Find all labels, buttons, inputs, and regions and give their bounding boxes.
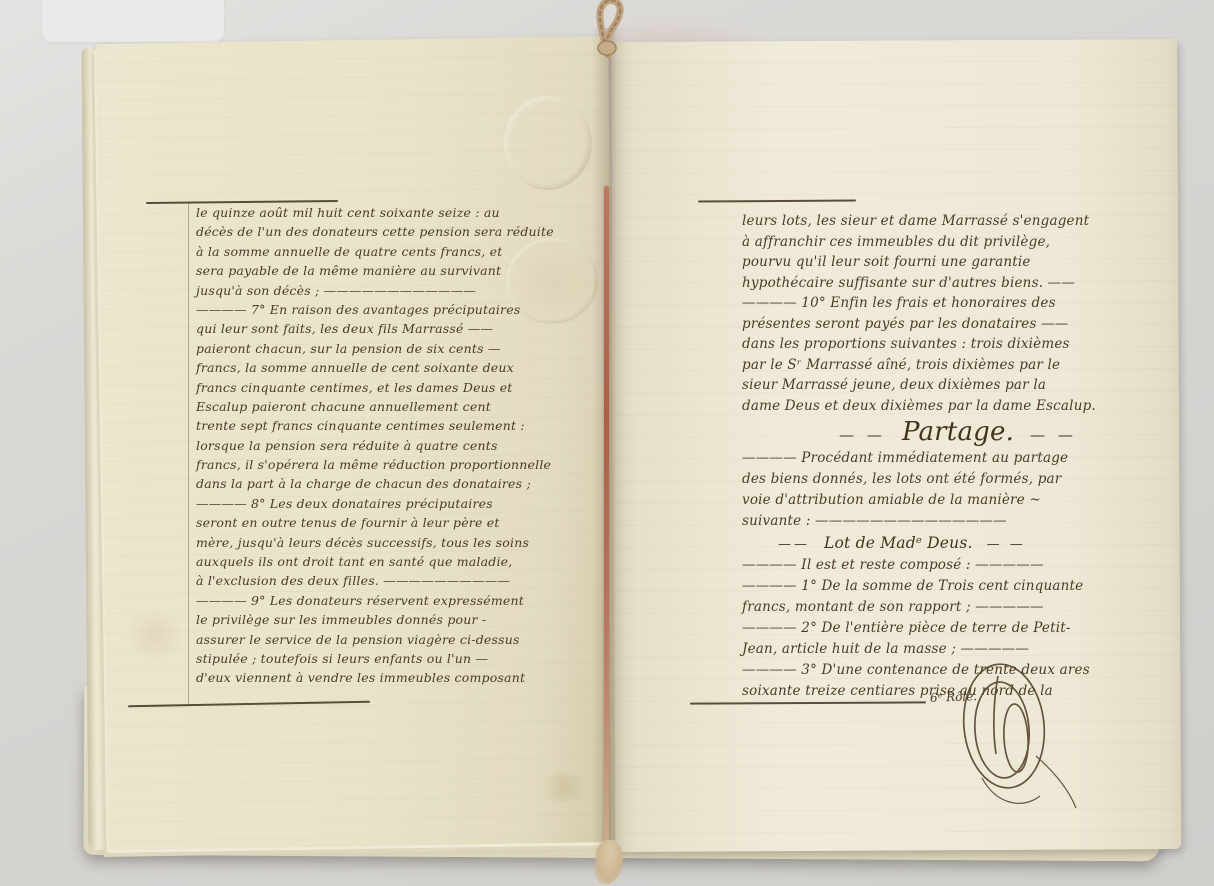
manuscript-line: sieur Marrassé jeune, deux dixièmes par … — [742, 375, 1174, 396]
manuscript-line: ———— Il est et reste composé : ————— — [742, 555, 1174, 576]
manuscript-line: francs cinquante centimes, et les dames … — [196, 378, 610, 397]
subheading-lot-deus: Lot de Madᵉ Deus. — [824, 534, 973, 552]
heading-dash: — — — [839, 426, 886, 444]
subheading-row: ——Lot de Madᵉ Deus.— — — [742, 532, 1174, 555]
embossed-seal-icon — [504, 96, 592, 190]
manuscript-line: seront en outre tenus de fournir à leur … — [196, 513, 610, 532]
manuscript-line: Jean, article huit de la masse ; ————— — [742, 639, 1174, 660]
manuscript-line: Escalup paieront chacune annuellement ce… — [196, 397, 610, 416]
paraph-flourish-icon — [952, 658, 1082, 828]
manuscript-line: paieront chacun, sur la pension de six c… — [196, 339, 610, 358]
manuscript-line: à l'exclusion des deux filles. —————————… — [196, 571, 610, 590]
manuscript-line: trente sept francs cinquante centimes se… — [196, 416, 610, 435]
heading-dash: —— — [778, 537, 810, 552]
background-sticker — [42, 0, 224, 42]
manuscript-line: qui leur sont faits, les deux fils Marra… — [196, 319, 610, 338]
manuscript-line: voie d'attribution amiable de la manière… — [742, 490, 1174, 511]
manuscript-line: francs, montant de son rapport ; ————— — [742, 597, 1174, 618]
manuscript-line: à la somme annuelle de quatre cents fran… — [196, 242, 610, 261]
manuscript-photo: le quinze août mil huit cent soixante se… — [0, 0, 1214, 886]
manuscript-line: ———— 9° Les donateurs réservent expressé… — [196, 591, 610, 610]
heading-dash: — — — [987, 537, 1026, 552]
manuscript-line: le quinze août mil huit cent soixante se… — [196, 203, 610, 222]
manuscript-line: le privilège sur les immeubles donnés po… — [196, 610, 610, 629]
margin-rule-line — [188, 202, 189, 706]
section-heading-row: — —Partage.— — — [742, 416, 1174, 448]
manuscript-line: suivante : —————————————— — [742, 511, 1174, 532]
manuscript-line: lorsque la pension sera réduite à quatre… — [196, 436, 610, 455]
manuscript-line: d'eux viennent à vendre les immeubles co… — [196, 668, 610, 687]
manuscript-line: décès de l'un des donateurs cette pensio… — [196, 222, 610, 241]
heading-dash: — — — [1030, 426, 1077, 444]
manuscript-line: assurer le service de la pension viagère… — [196, 630, 610, 649]
manuscript-line: ———— 2° De l'entière pièce de terre de P… — [742, 618, 1174, 639]
manuscript-line: ———— Procédant immédiatement au partage — [742, 448, 1174, 469]
section-heading-partage: Partage. — [902, 417, 1014, 447]
manuscript-line: ———— 1° De la somme de Trois cent cinqua… — [742, 576, 1174, 597]
manuscript-line: francs, il s'opérera la même réduction p… — [196, 455, 610, 474]
paper-stain — [120, 612, 190, 658]
manuscript-line: auxquels ils ont droit tant en santé que… — [196, 552, 610, 571]
manuscript-line: leurs lots, les sieur et dame Marrassé s… — [742, 211, 1174, 232]
manuscript-line: ———— 10° Enfin les frais et honoraires d… — [742, 293, 1174, 314]
manuscript-line: dans les proportions suivantes : trois d… — [742, 334, 1174, 355]
manuscript-line: présentes seront payés par les donataire… — [742, 314, 1174, 335]
right-page-text: leurs lots, les sieur et dame Marrassé s… — [742, 211, 1174, 702]
manuscript-line: francs, la somme annuelle de cent soixan… — [196, 358, 610, 377]
manuscript-line: dans la part à la charge de chacun des d… — [196, 474, 610, 493]
left-page-text: le quinze août mil huit cent soixante se… — [196, 203, 610, 688]
manuscript-line: ———— 8° Les deux donataires préciputaire… — [196, 494, 610, 513]
manuscript-line: ———— 7° En raison des avantages préciput… — [196, 300, 610, 319]
manuscript-line: mère, jusqu'à leurs décès successifs, to… — [196, 533, 610, 552]
manuscript-line: stipulée ; toutefois si leurs enfants ou… — [196, 649, 610, 668]
manuscript-line: à affranchir ces immeubles du dit privil… — [742, 232, 1174, 253]
manuscript-line: jusqu'à son décès ; ———————————— — [196, 281, 610, 300]
manuscript-line: des biens donnés, les lots ont été formé… — [742, 469, 1174, 490]
manuscript-line: sera payable de la même manière au survi… — [196, 261, 610, 280]
manuscript-line: dame Deus et deux dixièmes par la dame E… — [742, 396, 1174, 417]
paper-stain — [538, 772, 590, 802]
binding-twine-loop-icon — [566, 0, 652, 58]
manuscript-line: hypothécaire suffisante sur d'autres bie… — [742, 273, 1174, 294]
binding-cord-tassel — [593, 839, 625, 886]
manuscript-line: par le Sʳ Marrassé aîné, trois dixièmes … — [742, 355, 1174, 376]
manuscript-line: pourvu qu'il leur soit fourni une garant… — [742, 252, 1174, 273]
